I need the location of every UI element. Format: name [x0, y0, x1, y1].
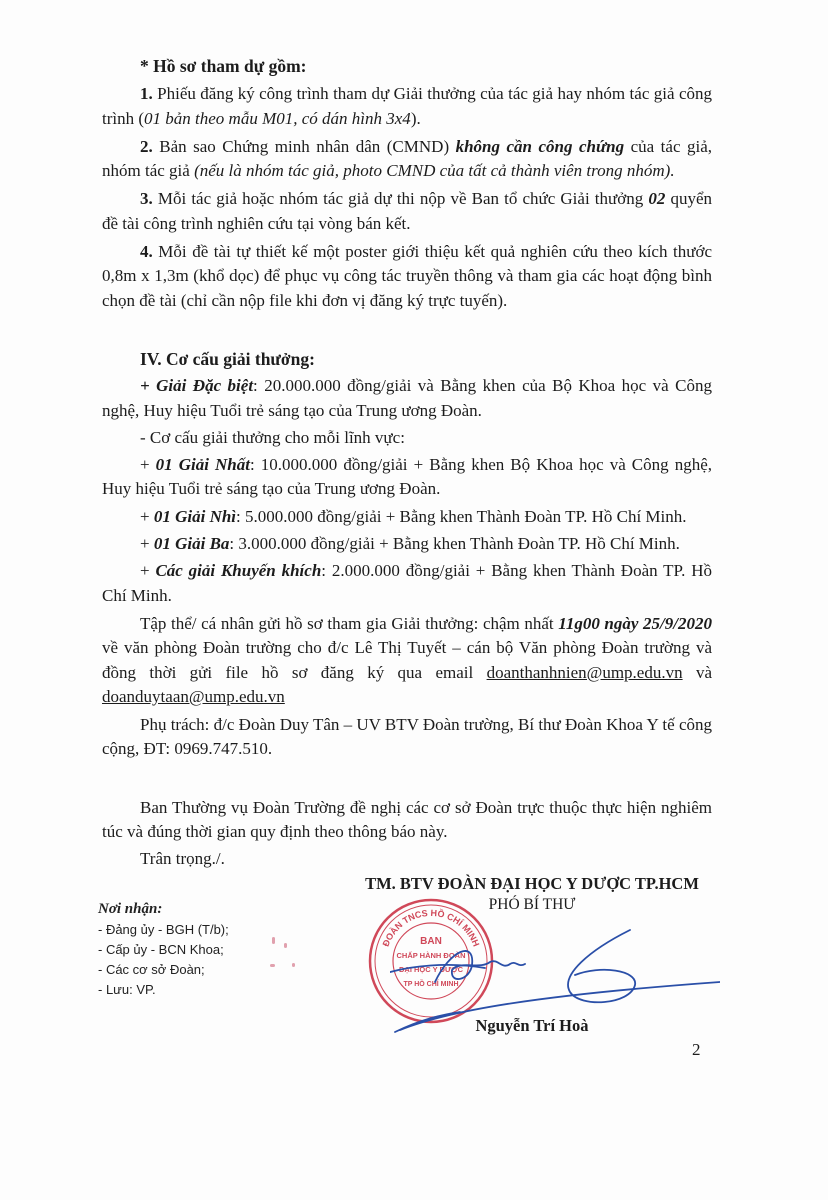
email-link-1[interactable]: doanthanhnien@ump.edu.vn — [487, 663, 683, 682]
document-item-4: 4. Mỗi đề tài tự thiết kế một poster giớ… — [102, 240, 712, 313]
award-special: + Giải Đặc biệt: 20.000.000 đồng/giải và… — [102, 374, 712, 423]
submission-paragraph: Tập thể/ cá nhân gửi hồ sơ tham gia Giải… — [102, 612, 712, 709]
ink-smudge — [272, 937, 275, 944]
recipients-title: Nơi nhận: — [98, 899, 229, 919]
ink-smudge — [284, 943, 287, 948]
documents-heading: * Hồ sơ tham dự gồm: — [102, 54, 712, 78]
award-first: + 01 Giải Nhất: 10.000.000 đồng/giải + B… — [102, 453, 712, 502]
recipient-item: - Cấp ủy - BCN Khoa; — [98, 940, 229, 960]
closing-request: Ban Thường vụ Đoàn Trường đề nghị các cơ… — [102, 796, 712, 845]
contact-paragraph: Phụ trách: đ/c Đoàn Duy Tân – UV BTV Đoà… — [102, 713, 712, 762]
recipient-item: - Các cơ sở Đoàn; — [98, 960, 229, 980]
award-third: + 01 Giải Ba: 3.000.000 đồng/giải + Bằng… — [102, 532, 712, 556]
document-body: * Hồ sơ tham dự gồm: 1. Phiếu đăng ký cô… — [102, 54, 712, 872]
page-number: 2 — [692, 1040, 701, 1060]
document-item-1: 1. Phiếu đăng ký công trình tham dự Giải… — [102, 82, 712, 131]
document-item-3: 3. Mỗi tác giả hoặc nhóm tác giả dự thi … — [102, 187, 712, 236]
handwritten-signature-icon — [390, 920, 720, 1040]
award-per-field-intro: - Cơ cấu giải thưởng cho mỗi lĩnh vực: — [102, 426, 712, 450]
email-link-2[interactable]: doanduytaan@ump.edu.vn — [102, 687, 285, 706]
recipients-block: Nơi nhận: - Đảng ủy - BGH (T/b); - Cấp ủ… — [98, 899, 229, 1000]
recipient-item: - Lưu: VP. — [98, 980, 229, 1000]
recipient-item: - Đảng ủy - BGH (T/b); — [98, 920, 229, 940]
award-encouragement: + Các giải Khuyến khích: 2.000.000 đồng/… — [102, 559, 712, 608]
awards-heading: IV. Cơ cấu giải thưởng: — [102, 347, 712, 371]
ink-smudge — [270, 964, 275, 967]
document-page: * Hồ sơ tham dự gồm: 1. Phiếu đăng ký cô… — [0, 0, 828, 1200]
signer-organization: TM. BTV ĐOÀN ĐẠI HỌC Y DƯỢC TP.HCM — [332, 874, 732, 894]
ink-smudge — [292, 963, 295, 967]
award-second: + 01 Giải Nhì: 5.000.000 đồng/giải + Bằn… — [102, 505, 712, 529]
closing-regards: Trân trọng./. — [102, 847, 712, 871]
document-item-2: 2. Bản sao Chứng minh nhân dân (CMND) kh… — [102, 135, 712, 184]
